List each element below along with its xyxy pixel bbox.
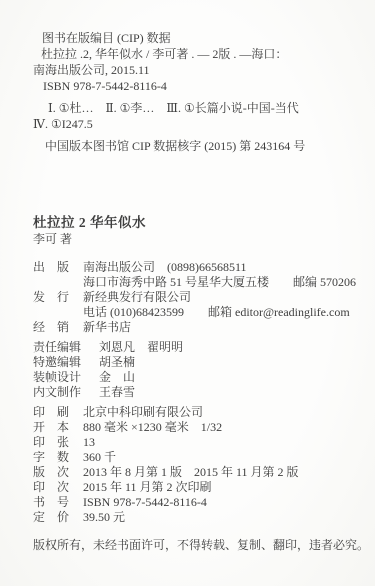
- row-label: 装帧设计: [33, 370, 99, 385]
- row-label: 开 本: [33, 420, 83, 435]
- row-value: 13: [83, 435, 363, 450]
- distributor-row: 发 行 新经典发行有限公司: [33, 290, 363, 305]
- cip-entry-line-1: 杜拉拉 .2, 华年似水 / 李可著 . — 2版 . —海口：: [33, 46, 363, 62]
- row-label: 版 次: [33, 465, 83, 480]
- row-value: 360 千: [83, 450, 363, 465]
- row-label: 印 张: [33, 435, 83, 450]
- printing-block: 印 刷 北京中科印刷有限公司 开 本 880 毫米 ×1230 毫米 1/32 …: [33, 405, 363, 525]
- row-label: 经 销: [33, 320, 83, 335]
- printer-row: 印 刷 北京中科印刷有限公司: [33, 405, 363, 420]
- word-count-row: 字 数 360 千: [33, 450, 363, 465]
- row-label: 发 行: [33, 290, 83, 305]
- row-label: 责任编辑: [33, 340, 99, 355]
- cip-classification-line-2: Ⅳ. ①I247.5: [33, 116, 363, 132]
- row-value: 南海出版公司 (0898)66568511: [83, 260, 363, 275]
- impression-row: 印 次 2015 年 11 月第 2 次印刷: [33, 480, 363, 495]
- row-value: 新经典发行有限公司: [83, 290, 363, 305]
- staff-block: 责任编辑 刘恩凡 翟明明 特邀编辑 胡圣楠 装帧设计 金 山 内文制作 王春雪: [33, 340, 363, 400]
- row-label: 定 价: [33, 510, 83, 525]
- editor-row: 责任编辑 刘恩凡 翟明明: [33, 340, 363, 355]
- cip-isbn-line: ISBN 978-7-5442-8116-4: [33, 78, 363, 94]
- row-label: 内文制作: [33, 385, 99, 400]
- row-value: 金 山: [99, 370, 363, 385]
- sheets-row: 印 张 13: [33, 435, 363, 450]
- row-label: 印 刷: [33, 405, 83, 420]
- isbn-row: 书 号 ISBN 978-7-5442-8116-4: [33, 495, 363, 510]
- price-row: 定 价 39.50 元: [33, 510, 363, 525]
- row-value: 王春雪: [99, 385, 363, 400]
- cip-classification-line-1: Ⅰ. ①杜… Ⅱ. ①李… Ⅲ. ①长篇小说-中国-当代: [33, 100, 363, 116]
- typesetter-row: 内文制作 王春雪: [33, 385, 363, 400]
- format-row: 开 本 880 毫米 ×1230 毫米 1/32: [33, 420, 363, 435]
- contact-row: 电话 (010)68423599 邮箱 editor@readinglife.c…: [33, 305, 363, 320]
- row-value: 胡圣楠: [99, 355, 363, 370]
- row-value: 电话 (010)68423599 邮箱 editor@readinglife.c…: [83, 305, 363, 320]
- seller-row: 经 销 新华书店: [33, 320, 363, 335]
- guest-editor-row: 特邀编辑 胡圣楠: [33, 355, 363, 370]
- row-value: 刘恩凡 翟明明: [99, 340, 363, 355]
- row-value: 海口市海秀中路 51 号星华大厦五楼 邮编 570206: [83, 275, 363, 290]
- page-content: 图书在版编目 (CIP) 数据 杜拉拉 .2, 华年似水 / 李可著 . — 2…: [0, 0, 375, 553]
- book-title: 杜拉拉 2 华年似水: [33, 214, 363, 231]
- designer-row: 装帧设计 金 山: [33, 370, 363, 385]
- row-value: 新华书店: [83, 320, 363, 335]
- author-name: 李可 著: [33, 231, 363, 247]
- row-label: 出 版: [33, 260, 83, 275]
- cip-entry-line-2: 南海出版公司, 2015.11: [33, 62, 363, 78]
- book-copyright-page: 图书在版编目 (CIP) 数据 杜拉拉 .2, 华年似水 / 李可著 . — 2…: [0, 0, 375, 586]
- row-label: 字 数: [33, 450, 83, 465]
- title-block: 杜拉拉 2 华年似水 李可 著: [33, 214, 363, 247]
- row-value: 2013 年 8 月第 1 版 2015 年 11 月第 2 版: [83, 465, 363, 480]
- row-label: 特邀编辑: [33, 355, 99, 370]
- row-value: 2015 年 11 月第 2 次印刷: [83, 480, 363, 495]
- row-label: [33, 275, 83, 290]
- cip-block: 图书在版编目 (CIP) 数据 杜拉拉 .2, 华年似水 / 李可著 . — 2…: [33, 30, 363, 154]
- publisher-address-row: 海口市海秀中路 51 号星华大厦五楼 邮编 570206: [33, 275, 363, 290]
- publisher-block: 出 版 南海出版公司 (0898)66568511 海口市海秀中路 51 号星华…: [33, 260, 363, 335]
- row-label: 印 次: [33, 480, 83, 495]
- row-label: 书 号: [33, 495, 83, 510]
- publisher-row: 出 版 南海出版公司 (0898)66568511: [33, 260, 363, 275]
- row-value: 39.50 元: [83, 510, 363, 525]
- row-label: [33, 305, 83, 320]
- copyright-notice: 版权所有，未经书面许可，不得转载、复制、翻印，违者必究。: [33, 537, 363, 553]
- cip-heading: 图书在版编目 (CIP) 数据: [33, 30, 363, 46]
- edition-row: 版 次 2013 年 8 月第 1 版 2015 年 11 月第 2 版: [33, 465, 363, 480]
- row-value: 北京中科印刷有限公司: [83, 405, 363, 420]
- row-value: 880 毫米 ×1230 毫米 1/32: [83, 420, 363, 435]
- cip-record-line: 中国版本图书馆 CIP 数据核字 (2015) 第 243164 号: [33, 138, 363, 154]
- row-value: ISBN 978-7-5442-8116-4: [83, 495, 363, 510]
